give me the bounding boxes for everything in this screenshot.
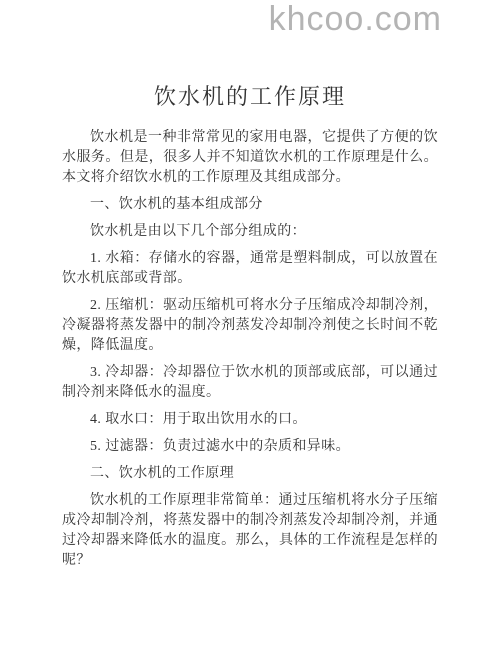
heading-section-1: 一、饮水机的基本组成部分 [62,195,438,215]
list-item-cooler: 3. 冷却器：冷却器位于饮水机的顶部或底部，可以通过制冷剂来降低水的温度。 [62,363,438,403]
list-item-water-outlet: 4. 取水口：用于取出饮用水的口。 [62,410,438,430]
list-item-compressor: 2. 压缩机：驱动压缩机可将水分子压缩成冷却制冷剂，冷凝器将蒸发器中的制冷剂蒸发… [62,296,438,356]
heading-section-2: 二、饮水机的工作原理 [62,464,438,484]
paragraph-components-lead: 饮水机是由以下几个部分组成的： [62,222,438,242]
document-body: 饮水机是一种非常常见的家用电器，它提供了方便的饮水服务。但是，很多人并不知道饮水… [62,128,438,571]
document-page: khcoo.com 饮水机的工作原理 饮水机是一种非常常见的家用电器，它提供了方… [0,0,500,647]
paragraph-principle: 饮水机的工作原理非常简单：通过压缩机将水分子压缩成冷却制冷剂，将蒸发器中的制冷剂… [62,491,438,571]
list-item-water-tank: 1. 水箱：存储水的容器，通常是塑料制成，可以放置在饮水机底部或背部。 [62,249,438,289]
watermark-text: khcoo.com [269,0,442,38]
page-title: 饮水机的工作原理 [62,82,438,112]
paragraph-intro: 饮水机是一种非常常见的家用电器，它提供了方便的饮水服务。但是，很多人并不知道饮水… [62,128,438,188]
document-content: 饮水机的工作原理 饮水机是一种非常常见的家用电器，它提供了方便的饮水服务。但是，… [0,0,500,571]
list-item-filter: 5. 过滤器：负责过滤水中的杂质和异味。 [62,437,438,457]
